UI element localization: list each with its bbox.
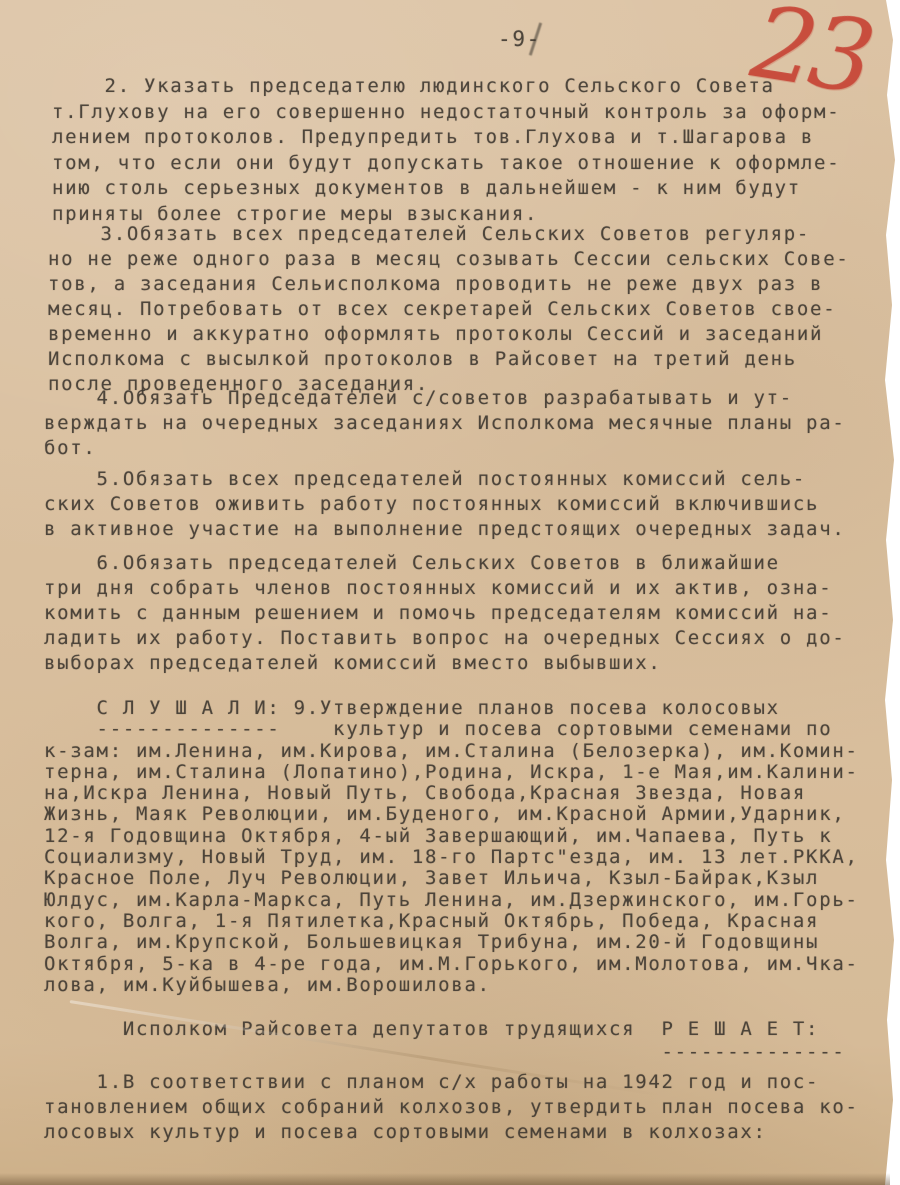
text-line: лова, им.Куйбышева, им.Ворошилова. [44, 975, 859, 996]
text-line: ских Советов оживить работу постоянных к… [44, 492, 845, 517]
text-line: лосовых культур и посева сортовыми семен… [44, 1120, 859, 1145]
text-line: Жизнь, Маяк Революции, им.Буденого, им.К… [44, 804, 859, 825]
text-line: 12-я Годовщина Октября, 4-ый Завершающий… [44, 826, 859, 847]
typed-paragraph-item-3: 3.Обязать всех председателей Сельских Со… [48, 222, 849, 397]
text-line: на,Искра Ленина, Новый Путь, Свобода,Кра… [44, 783, 859, 804]
text-line: Исполкома с высылкой протоколов в Райсов… [48, 347, 849, 372]
text-line: но не реже одного раза в месяц созывать … [48, 247, 849, 272]
text-line: верждать на очередных заседаниях Исполко… [44, 411, 845, 436]
typed-paragraph-decision-1: 1.В соответствии с планом с/х работы на … [44, 1070, 859, 1145]
text-line: том, что если они будут допускать такое … [52, 151, 840, 177]
text-line: -------------- культур и посева сортовым… [44, 719, 859, 740]
text-line: кого, Волга, 1-я Пятилетка,Красный Октяб… [44, 911, 859, 932]
text-line: 5.Обязать всех председателей постоянных … [44, 467, 845, 492]
text-line: С Л У Ш А Л И: 9.Утверждение планов посе… [44, 698, 859, 719]
text-line: временно и аккуратно оформлять протоколы… [48, 322, 849, 347]
text-line: месяц. Потребовать от всех секретарей Се… [48, 297, 849, 322]
text-line: Юлдус, им.Карла-Маркса, Путь Ленина, им.… [44, 890, 859, 911]
text-line: в активное участие на выполнение предсто… [44, 517, 845, 542]
typed-section-slushali: С Л У Ш А Л И: 9.Утверждение планов посе… [44, 698, 859, 996]
text-line: выборах председателей комиссий вместо вы… [44, 651, 845, 676]
text-line: лением протоколов. Предупредить тов.Глух… [52, 125, 840, 151]
text-line: Красное Поле, Луч Революции, Завет Ильич… [44, 868, 859, 889]
text-line: к-зам: им.Ленина, им.Кирова, им.Сталина … [44, 741, 859, 762]
text-line: комить с данным решением и помочь предсе… [44, 601, 845, 626]
text-line: Октября, 5-ка в 4-ре года, им.М.Горького… [44, 954, 859, 975]
text-line: 3.Обязать всех председателей Сельских Со… [48, 222, 849, 247]
text-line: Волга, им.Крупской, Большевицкая Трибуна… [44, 932, 859, 953]
text-line: 1.В соответствии с планом с/х работы на … [44, 1070, 859, 1095]
text-line: бот. [44, 436, 845, 461]
typed-paragraph-item-2: 2. Указать председателю людинского Сельс… [52, 74, 840, 227]
typed-paragraph-item-5: 5.Обязать всех председателей постоянных … [44, 467, 845, 542]
text-line: 4.Обязать Председателей с/советов разраб… [44, 386, 845, 411]
text-line: Исполком Райсовета депутатов трудящихся … [44, 1018, 845, 1041]
text-line: тановлением общих собраний колхозов, утв… [44, 1095, 859, 1120]
text-line: т.Глухову на его совершенно недостаточны… [52, 100, 840, 126]
typed-paragraph-item-4: 4.Обязать Председателей с/советов разраб… [44, 386, 845, 461]
typed-heading-reshaet: Исполком Райсовета депутатов трудящихся … [44, 1018, 845, 1064]
scanned-document-page: -9- 23 2. Указать председателю людинског… [0, 0, 900, 1185]
typed-paragraph-item-6: 6.Обязать председателей Сельских Советов… [44, 551, 845, 676]
text-line: Социализму, Новый Труд, им. 18-го Партс"… [44, 847, 859, 868]
text-line: ладить их работу. Поставить вопрос на оч… [44, 626, 845, 651]
text-line: тов, а заседания Сельисполкома проводить… [48, 272, 849, 297]
text-line: нию столь серьезных документов в дальней… [52, 176, 840, 202]
text-line: 2. Указать председателю людинского Сельс… [52, 74, 840, 100]
text-line: три дня собрать членов постоянных комисс… [44, 576, 845, 601]
text-line: терна, им.Сталина (Лопатино),Родина, Иск… [44, 762, 859, 783]
text-line: 6.Обязать председателей Сельских Советов… [44, 551, 845, 576]
